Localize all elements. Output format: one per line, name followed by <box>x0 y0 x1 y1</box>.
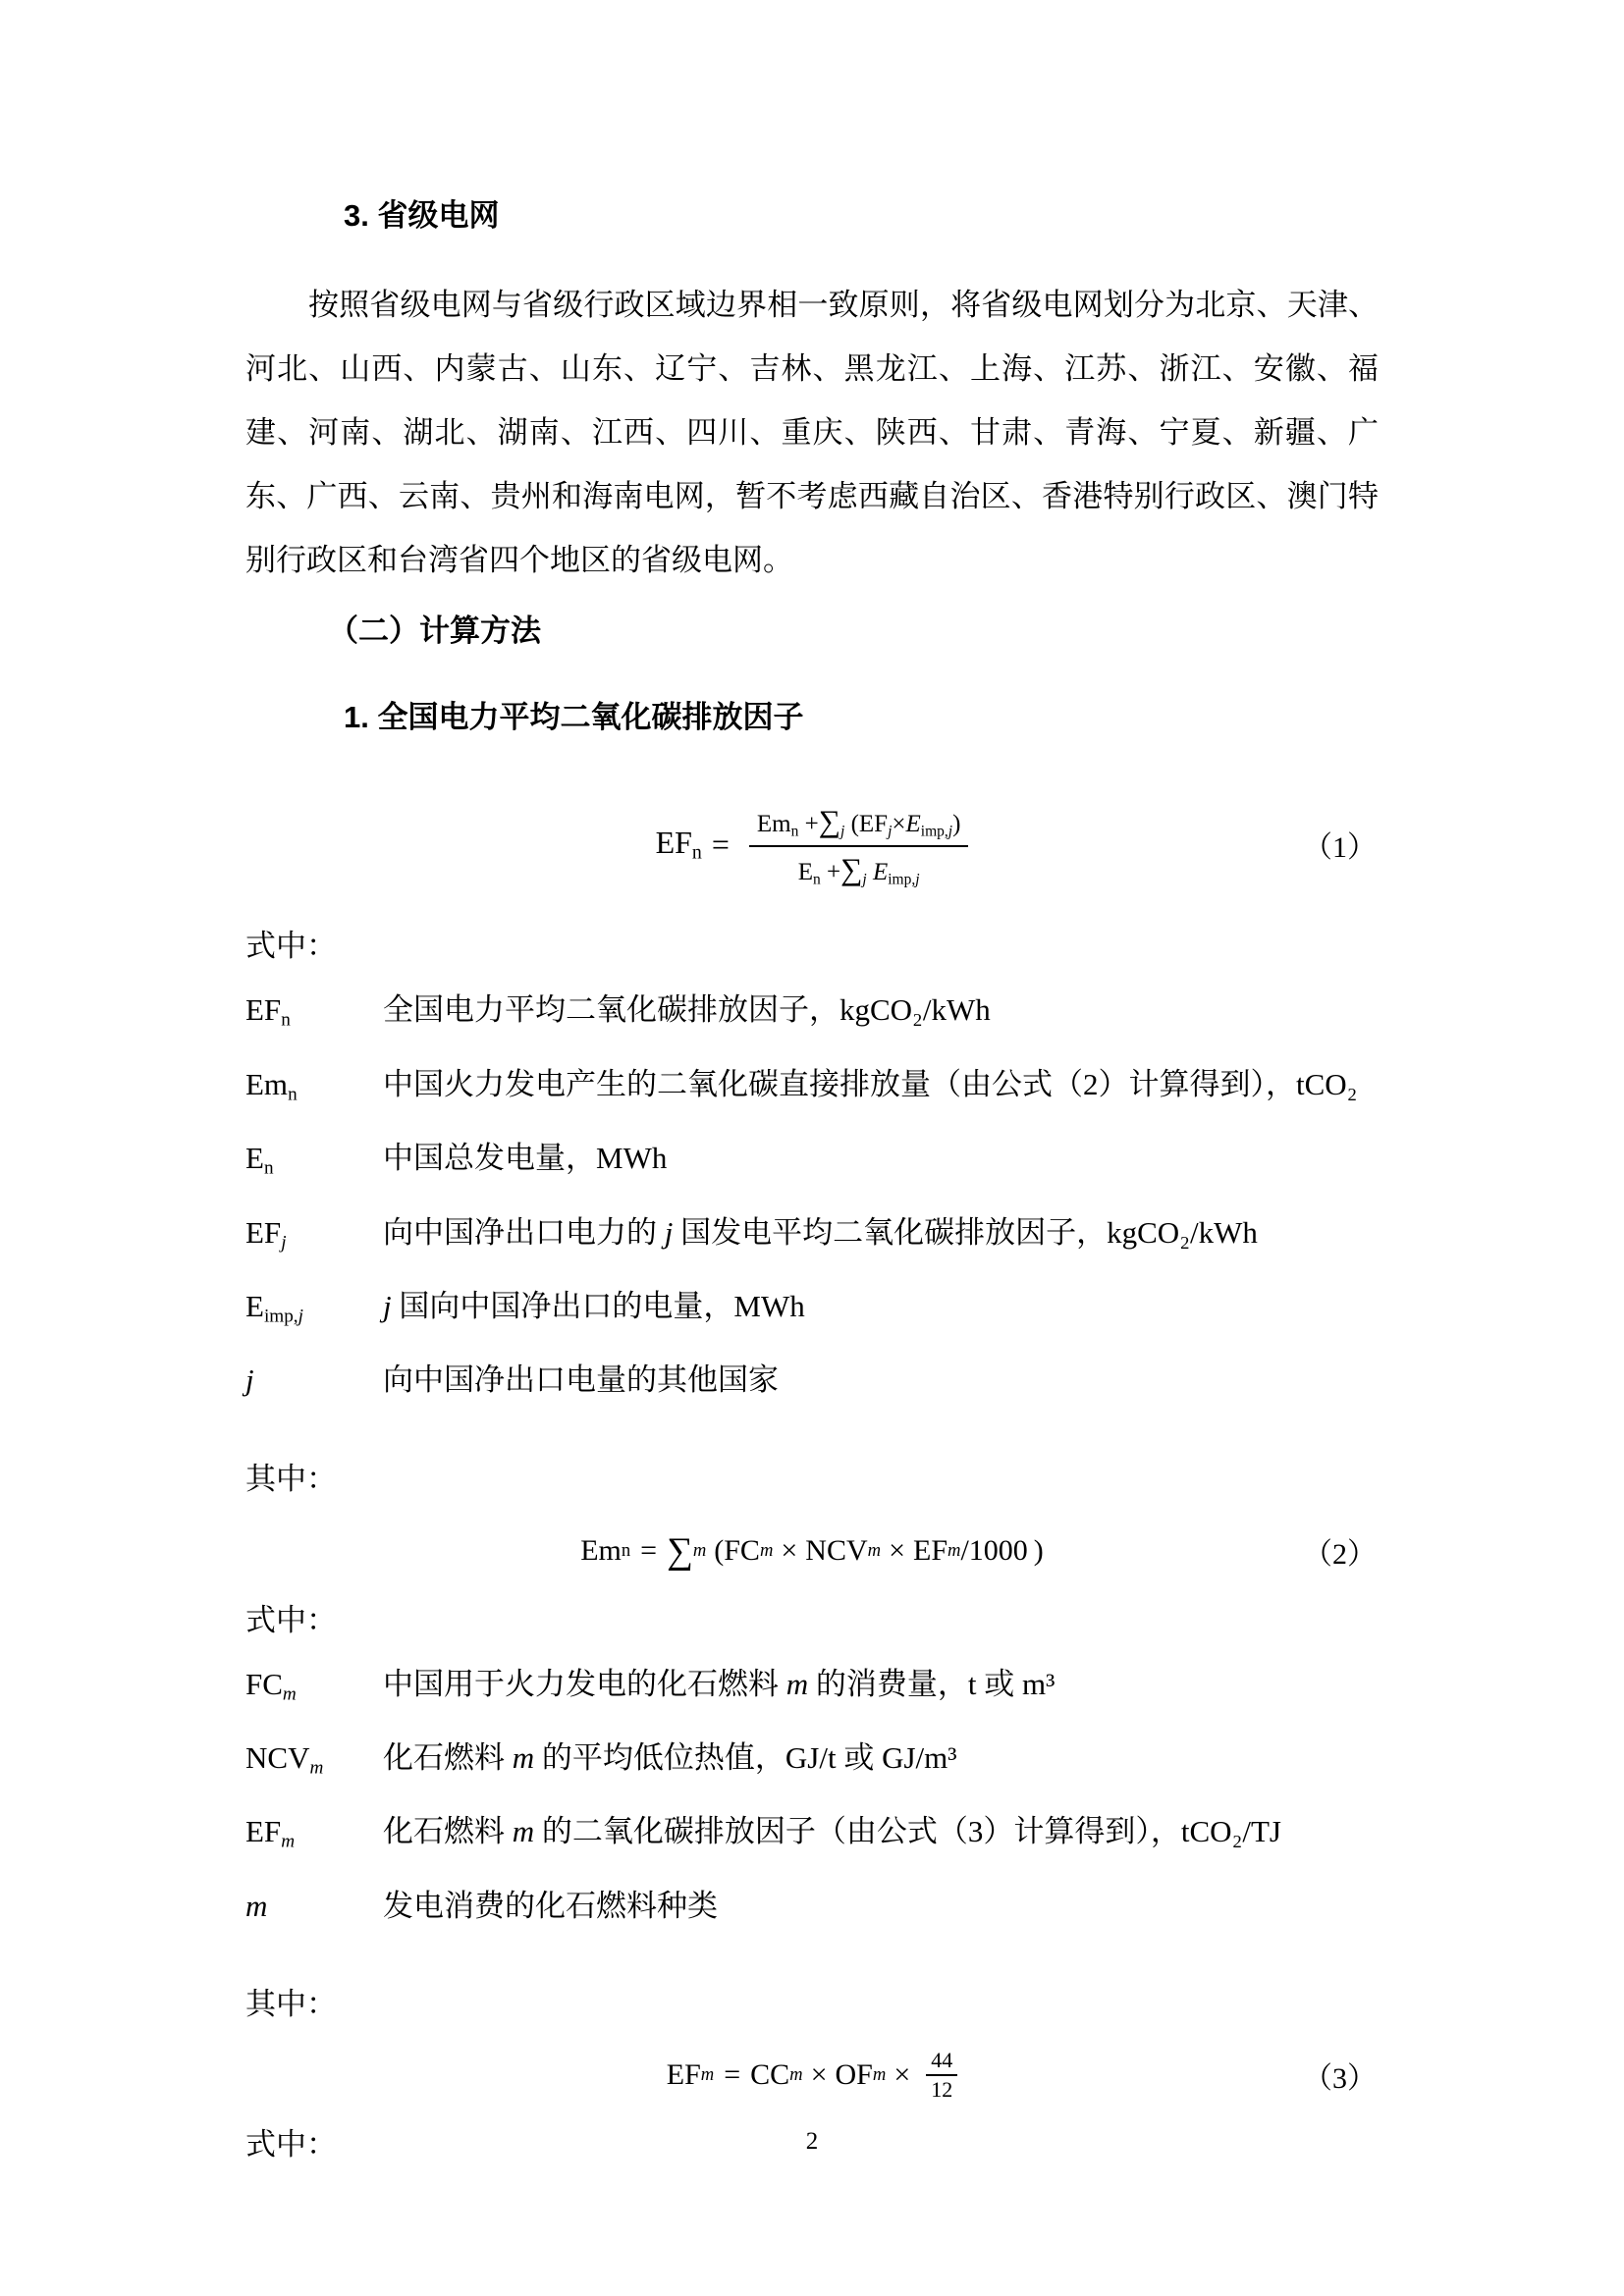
equation-3: EFm = CCm × OFm × 44 12 （3） <box>245 2042 1379 2109</box>
divide-1000: /1000 <box>960 1534 1027 1568</box>
open-paren-fc: (FC <box>714 1534 760 1568</box>
description: 中国用于火力发电的化石燃料 m 的消费量，t 或 m³ <box>383 1652 1379 1726</box>
term-base: FC <box>245 1667 283 1701</box>
term-subscript-italic: m <box>281 1832 295 1852</box>
equals-sign: = <box>640 1534 657 1568</box>
fraction-numerator: Emn +∑j (EFj×Eimp,j) <box>749 800 969 847</box>
desc-pre: 化石燃料 <box>383 1814 513 1848</box>
term-subscript-italic: m <box>309 1757 323 1778</box>
term: m <box>245 1874 383 1948</box>
definition-row-efn: EFn 全国电力平均二氧化碳排放因子，kgCO₂/kWh <box>245 978 1379 1051</box>
definition-row-emn: Emn 中国火力发电产生的二氧化碳直接排放量（由公式（2）计算得到），tCO₂ <box>245 1052 1379 1126</box>
description: j 国向中国净出口的电量，MWh <box>383 1274 1379 1348</box>
term: En <box>245 1126 383 1200</box>
description: 中国总发电量，MWh <box>383 1126 1379 1200</box>
sigma-subscript: j <box>840 823 844 839</box>
e-imp-j-subscript: j <box>915 871 919 887</box>
desc-text: 中国火力发电产生的二氧化碳直接排放量（由公式（2）计算得到），tCO₂ <box>383 1067 1357 1101</box>
term: j <box>245 1348 383 1421</box>
description: 全国电力平均二氧化碳排放因子，kgCO₂/kWh <box>383 978 1379 1051</box>
term-subscript-italic: m <box>283 1683 297 1704</box>
national-factor-heading: 1. 全国电力平均二氧化碳排放因子 <box>344 694 1379 741</box>
desc-post: 的二氧化碳排放因子（由公式（3）计算得到），tCO₂/TJ <box>534 1814 1281 1848</box>
term: EFj <box>245 1201 383 1274</box>
term: EFn <box>245 978 383 1051</box>
term: FCm <box>245 1652 383 1726</box>
em-base: Em <box>580 1534 622 1568</box>
equation-2-body: Emn = ∑m (FCm × NCVm × EFm/1000) <box>245 1530 1379 1573</box>
definition-row-en: En 中国总发电量，MWh <box>245 1126 1379 1200</box>
e-n-subscript: n <box>813 871 821 887</box>
term-subscript: n <box>264 1158 274 1179</box>
e-imp-subscript: imp, <box>888 871 915 887</box>
term-base: E <box>245 1289 264 1323</box>
desc-pre: 向中国净出口电力的 <box>383 1215 665 1250</box>
cc-base: CC <box>750 2058 789 2092</box>
term-base: Em <box>245 1067 288 1101</box>
of-subscript: m <box>873 2064 886 2086</box>
definition-row-eimpj: Eimp,j j 国向中国净出口的电量，MWh <box>245 1274 1379 1348</box>
desc-variable: m <box>513 1740 534 1775</box>
qizhong-label-1: 其中： <box>245 1447 1379 1511</box>
equation-1-fraction: Emn +∑j (EFj×Eimp,j) En +∑j Eimp,j <box>749 800 969 888</box>
desc-variable: j <box>383 1289 392 1323</box>
desc-post: 国向中国净出口的电量，MWh <box>392 1289 805 1323</box>
term-base-italic: j <box>245 1362 254 1397</box>
description: 向中国净出口电力的 j 国发电平均二氧化碳排放因子，kgCO₂/kWh <box>383 1201 1379 1274</box>
desc-variable: m <box>786 1667 808 1701</box>
e-imp-base: E <box>873 859 888 885</box>
open-paren-ef: (EF <box>851 811 889 837</box>
term-subscript-italic: j <box>281 1232 286 1253</box>
ncv-subscript: m <box>868 1540 881 1562</box>
definition-row-efj: EFj 向中国净出口电力的 j 国发电平均二氧化碳排放因子，kgCO₂/kWh <box>245 1201 1379 1274</box>
shizhong-label-2: 式中： <box>245 1588 1379 1652</box>
term-subscript-italic: j <box>298 1306 303 1326</box>
ef-subscript: n <box>692 841 702 863</box>
definition-row-ncvm: NCVm 化石燃料 m 的平均低位热值，GJ/t 或 GJ/m³ <box>245 1726 1379 1799</box>
qizhong-label-2: 其中： <box>245 1972 1379 2036</box>
equals-sign: = <box>712 827 730 863</box>
close-paren: ) <box>1034 1534 1044 1568</box>
close-paren: ) <box>952 811 960 837</box>
term: Emn <box>245 1052 383 1126</box>
description: 化石燃料 m 的二氧化碳排放因子（由公式（3）计算得到），tCO₂/TJ <box>383 1799 1379 1873</box>
term-subscript: n <box>288 1084 298 1104</box>
definition-list-a: EFn 全国电力平均二氧化碳排放因子，kgCO₂/kWh Emn 中国火力发电产… <box>245 978 1379 1421</box>
times-sign: × <box>893 2058 910 2092</box>
term-base-italic: m <box>245 1889 267 1923</box>
method-section-heading: （二）计算方法 <box>328 608 1379 655</box>
sigma-symbol: ∑ <box>667 1530 693 1573</box>
term-base: EF <box>245 1814 281 1848</box>
of-base: OF <box>836 2058 873 2092</box>
ef-subscript: m <box>701 2064 714 2086</box>
description: 化石燃料 m 的平均低位热值，GJ/t 或 GJ/m³ <box>383 1726 1379 1799</box>
equation-2: Emn = ∑m (FCm × NCVm × EFm/1000) （2） <box>245 1524 1379 1578</box>
desc-variable: m <box>513 1814 534 1848</box>
equals-sign: = <box>724 2058 740 2092</box>
em-subscript: n <box>791 823 799 839</box>
ncv-base: NCV <box>805 1534 867 1568</box>
times-sign: × <box>811 2058 828 2092</box>
term-base: E <box>245 1141 264 1175</box>
term-base: EF <box>245 1215 281 1250</box>
equation-1: EFn = Emn +∑j (EFj×Eimp,j) En +∑j Eimp,j… <box>245 792 1379 896</box>
definition-row-efm: EFm 化石燃料 m 的二氧化碳排放因子（由公式（3）计算得到），tCO₂/TJ <box>245 1799 1379 1873</box>
equation-1-lhs: EFn <box>656 825 702 865</box>
desc-post: 的平均低位热值，GJ/t 或 GJ/m³ <box>534 1740 956 1775</box>
description: 发电消费的化石燃料种类 <box>383 1874 1379 1948</box>
desc-text: 发电消费的化石燃料种类 <box>383 1889 718 1923</box>
desc-pre: 化石燃料 <box>383 1740 513 1775</box>
sigma-symbol: ∑ <box>819 804 840 838</box>
e-imp-base: E <box>905 811 920 837</box>
fc-subscript: m <box>760 1540 773 1562</box>
equation-2-number: （2） <box>1303 1529 1377 1573</box>
desc-post: 国发电平均二氧化碳排放因子，kgCO₂/kWh <box>673 1215 1258 1250</box>
term: NCVm <box>245 1726 383 1799</box>
fraction-denominator: En +∑j Eimp,j <box>790 847 928 889</box>
document-page: 3. 省级电网 按照省级电网与省级行政区域边界相一致原则，将省级电网划分为北京、… <box>0 0 1624 2296</box>
cc-subscript: m <box>789 2064 802 2086</box>
shizhong-label-1: 式中： <box>245 914 1379 978</box>
ef-base: EF <box>913 1534 947 1568</box>
sigma-subscript: j <box>862 871 866 887</box>
e-n-base: E <box>798 859 813 885</box>
definition-row-fcm: FCm 中国用于火力发电的化石燃料 m 的消费量，t 或 m³ <box>245 1652 1379 1726</box>
fraction-44-12: 44 12 <box>926 2048 957 2103</box>
term-subscript: n <box>281 1010 291 1031</box>
term-base: EF <box>245 992 281 1027</box>
desc-text: 全国电力平均二氧化碳排放因子，kgCO₂/kWh <box>383 992 991 1027</box>
em-base: Em <box>757 811 791 837</box>
equation-1-number: （1） <box>1303 823 1377 866</box>
ef-base: EF <box>656 825 692 860</box>
plus-sign: + <box>827 859 840 885</box>
page-content: 3. 省级电网 按照省级电网与省级行政区域边界相一致原则，将省级电网划分为北京、… <box>245 192 1379 2176</box>
term: Eimp,j <box>245 1274 383 1348</box>
definition-list-b: FCm 中国用于火力发电的化石燃料 m 的消费量，t 或 m³ NCVm 化石燃… <box>245 1652 1379 1949</box>
desc-text: 中国总发电量，MWh <box>383 1141 667 1175</box>
section-3-heading: 3. 省级电网 <box>344 192 1379 240</box>
sigma-symbol: ∑ <box>840 852 862 886</box>
desc-text: 向中国净出口电量的其他国家 <box>383 1362 779 1397</box>
provincial-grid-paragraph: 按照省级电网与省级行政区域边界相一致原则，将省级电网划分为北京、天津、河北、山西… <box>245 273 1379 592</box>
term: EFm <box>245 1799 383 1873</box>
times-sign: × <box>889 1534 905 1568</box>
term-base: NCV <box>245 1740 309 1775</box>
plus-sign: + <box>805 811 819 837</box>
e-imp-subscript: imp, <box>921 823 948 839</box>
term-subscript: imp, <box>264 1306 298 1326</box>
fraction-numerator: 44 <box>926 2048 957 2076</box>
desc-pre: 中国用于火力发电的化石燃料 <box>383 1667 786 1701</box>
sigma-subscript: m <box>693 1540 706 1562</box>
ef-base: EF <box>667 2058 701 2092</box>
equation-3-number: （3） <box>1303 2054 1377 2097</box>
times-sign: × <box>781 1534 797 1568</box>
equation-1-body: EFn = Emn +∑j (EFj×Eimp,j) En +∑j Eimp,j <box>245 800 1379 888</box>
desc-post: 的消费量，t 或 m³ <box>808 1667 1055 1701</box>
definition-row-j: j 向中国净出口电量的其他国家 <box>245 1348 1379 1421</box>
definition-row-m: m 发电消费的化石燃料种类 <box>245 1874 1379 1948</box>
ef-subscript: m <box>947 1540 960 1562</box>
description: 向中国净出口电量的其他国家 <box>383 1348 1379 1421</box>
fraction-denominator: 12 <box>926 2076 957 2102</box>
times-sign: × <box>892 811 905 837</box>
em-subscript: n <box>622 1540 630 1562</box>
description: 中国火力发电产生的二氧化碳直接排放量（由公式（2）计算得到），tCO₂ <box>383 1052 1379 1126</box>
page-number: 2 <box>0 2128 1624 2156</box>
equation-3-body: EFm = CCm × OFm × 44 12 <box>245 2048 1379 2103</box>
